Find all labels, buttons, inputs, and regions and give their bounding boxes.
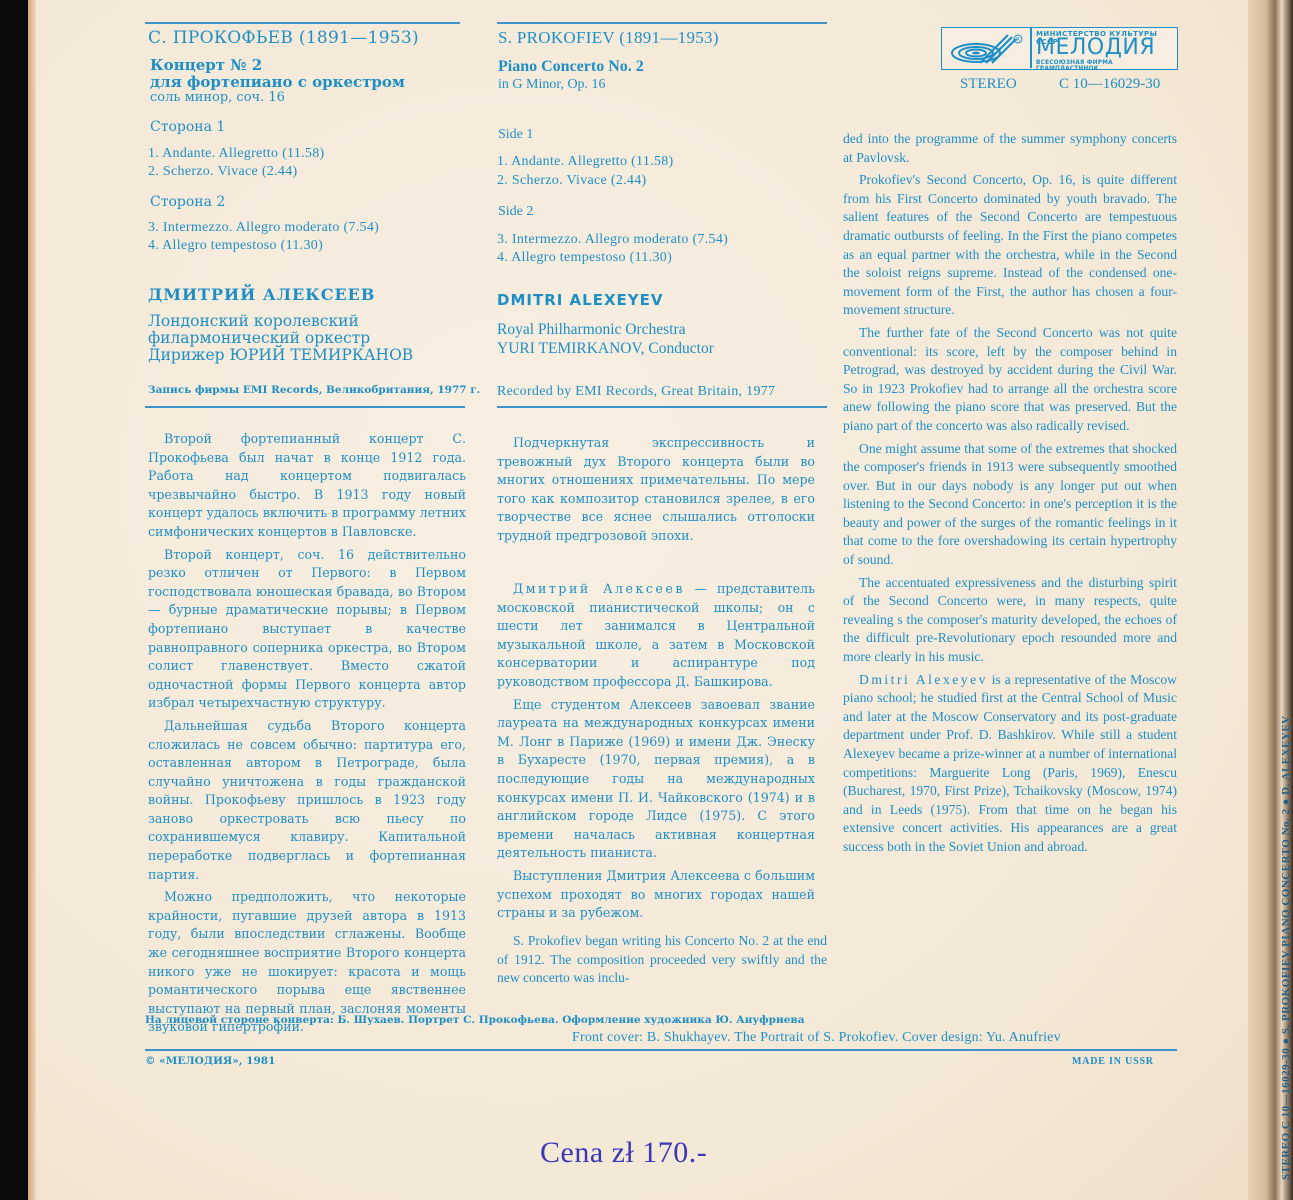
made-in-ussr: MADE IN USSR bbox=[1072, 1056, 1154, 1067]
track-en-1: 1. Andante. Allegretto (11.58) bbox=[497, 152, 673, 171]
conductor-en: YURI TEMIRKANOV, Conductor bbox=[497, 340, 714, 357]
key-opus-en: in G Minor, Op. 16 bbox=[498, 77, 606, 93]
side1-label-en: Side 1 bbox=[498, 127, 533, 143]
soloist-en: DMITRI ALEXEYEV bbox=[497, 291, 664, 309]
cover-credit-en: Front cover: B. Shukhayev. The Portrait … bbox=[572, 1030, 1061, 1046]
track-en-4: 4. Allegro tempestoso (11.30) bbox=[497, 248, 672, 267]
notes-en-paragraph: The accentuated expressiveness and the d… bbox=[843, 574, 1177, 667]
notes-en-continuation: ded into the programme of the summer sym… bbox=[843, 130, 1177, 167]
track-ru-4: 4. Allegro tempestoso (11.30) bbox=[148, 236, 323, 255]
track-ru-3: 3. Intermezzo. Allegro moderato (7.54) bbox=[148, 218, 379, 237]
format-stereo: STEREO bbox=[960, 76, 1017, 93]
header-divider-ru bbox=[145, 406, 465, 408]
composer-en: S. PROKOFIEV (1891—1953) bbox=[498, 28, 719, 48]
scan-background bbox=[0, 0, 28, 1200]
bio-name-en: Dmitri Alexeyev bbox=[859, 672, 988, 687]
recording-en: Recorded by EMI Records, Great Britain, … bbox=[497, 384, 775, 400]
conductor-ru: Дирижер ЮРИЙ ТЕМИРКАНОВ bbox=[148, 347, 413, 364]
title-ru-line1: Концерт № 2 bbox=[150, 56, 262, 74]
orchestra-en: Royal Philharmonic Orchestra bbox=[497, 321, 686, 338]
catalog-number: С 10—16029-30 bbox=[1059, 76, 1160, 93]
side2-label-ru: Сторона 2 bbox=[150, 194, 225, 210]
track-en-2: 2. Scherzo. Vivace (2.44) bbox=[497, 171, 647, 190]
notes-ru-paragraph: Подчеркнутая экспрессивность и тревожный… bbox=[497, 434, 815, 546]
notes-ru-paragraph: Выступления Дмитрия Алексеева с большим … bbox=[497, 867, 815, 923]
logo-brand-name: МЕЛОДИЯ bbox=[1036, 36, 1155, 60]
track-ru-1: 1. Andante. Allegretto (11.58) bbox=[148, 144, 324, 163]
melodiya-logo: R МИНИСТЕРСТВО КУЛЬТУРЫ СССР МЕЛОДИЯ ВСЕ… bbox=[941, 27, 1178, 70]
notes-ru-column-1: Второй фортепианный концерт С. Прокофьев… bbox=[148, 430, 466, 1041]
cover-credit-ru: На лицевой стороне конверта: Б. Шухаев. … bbox=[145, 1014, 805, 1026]
notes-ru-column-2: Подчеркнутая экспрессивность и тревожный… bbox=[497, 434, 815, 550]
side1-label-ru: Сторона 1 bbox=[150, 119, 225, 135]
track-ru-2: 2. Scherzo. Vivace (2.44) bbox=[148, 162, 298, 181]
title-ru-line2: для фортепиано с оркестром bbox=[150, 73, 405, 91]
notes-ru-paragraph: Еще студентом Алексеев завоевал звание л… bbox=[497, 696, 815, 863]
logo-divider bbox=[1030, 28, 1032, 68]
header-divider-en bbox=[497, 406, 827, 408]
title-en: Piano Concerto No. 2 bbox=[498, 58, 644, 76]
top-rule-en bbox=[497, 22, 827, 24]
orchestra-ru-line2: филармонический оркестр bbox=[148, 330, 370, 347]
copyright: © «МЕЛОДИЯ», 1981 bbox=[145, 1055, 275, 1067]
notes-ru-paragraph: Дальнейшая судьба Второго концерта сложи… bbox=[148, 717, 466, 884]
bio-name-ru: Дмитрий Алексеев bbox=[513, 581, 685, 596]
svg-text:R: R bbox=[1016, 37, 1020, 44]
orchestra-ru-line1: Лондонский королевский bbox=[148, 313, 359, 330]
side2-label-en: Side 2 bbox=[498, 204, 533, 220]
key-opus-ru: соль минор, соч. 16 bbox=[150, 90, 285, 105]
track-en-3: 3. Intermezzo. Allegro moderato (7.54) bbox=[497, 230, 728, 249]
notes-en-paragraph: The further fate of the Second Concerto … bbox=[843, 324, 1177, 436]
soloist-ru: ДМИТРИЙ АЛЕКСЕЕВ bbox=[148, 285, 375, 304]
sleeve-edge bbox=[28, 0, 36, 1200]
notes-ru-bio: Дмитрий Алексеев — представитель московс… bbox=[497, 580, 815, 927]
spine-text: STEREO С 10—16029-30 ● S. PROKOFIEV PIAN… bbox=[1280, 715, 1292, 1180]
composer-ru: С. ПРОКОФЬЕВ (1891—1953) bbox=[148, 28, 419, 48]
notes-en-paragraph: Prokofiev's Second Concerto, Op. 16, is … bbox=[843, 171, 1177, 320]
top-rule-ru bbox=[145, 22, 460, 24]
logo-subtitle: ВСЕСОЮЗНАЯ ФИРМА ГРАМПЛАСТИНОК bbox=[1036, 60, 1177, 72]
notes-ru-paragraph: Второй концерт, соч. 16 действительно ре… bbox=[148, 546, 466, 713]
footer-rule bbox=[145, 1049, 1177, 1051]
recording-ru: Запись фирмы EMI Records, Великобритания… bbox=[148, 384, 480, 396]
notes-ru-paragraph: Второй фортепианный концерт С. Прокофьев… bbox=[148, 430, 466, 542]
notes-en-paragraph: S. Prokofiev began writing his Concerto … bbox=[497, 932, 827, 988]
notes-en-column-2: S. Prokofiev began writing his Concerto … bbox=[497, 932, 827, 992]
notes-en-paragraph: One might assume that some of the extrem… bbox=[843, 440, 1177, 570]
price-stamp: Cena zł 170.- bbox=[540, 1136, 707, 1170]
notes-en-column-3: ded into the programme of the summer sym… bbox=[843, 130, 1177, 861]
melodiya-record-emblem-icon: R bbox=[946, 31, 1024, 67]
